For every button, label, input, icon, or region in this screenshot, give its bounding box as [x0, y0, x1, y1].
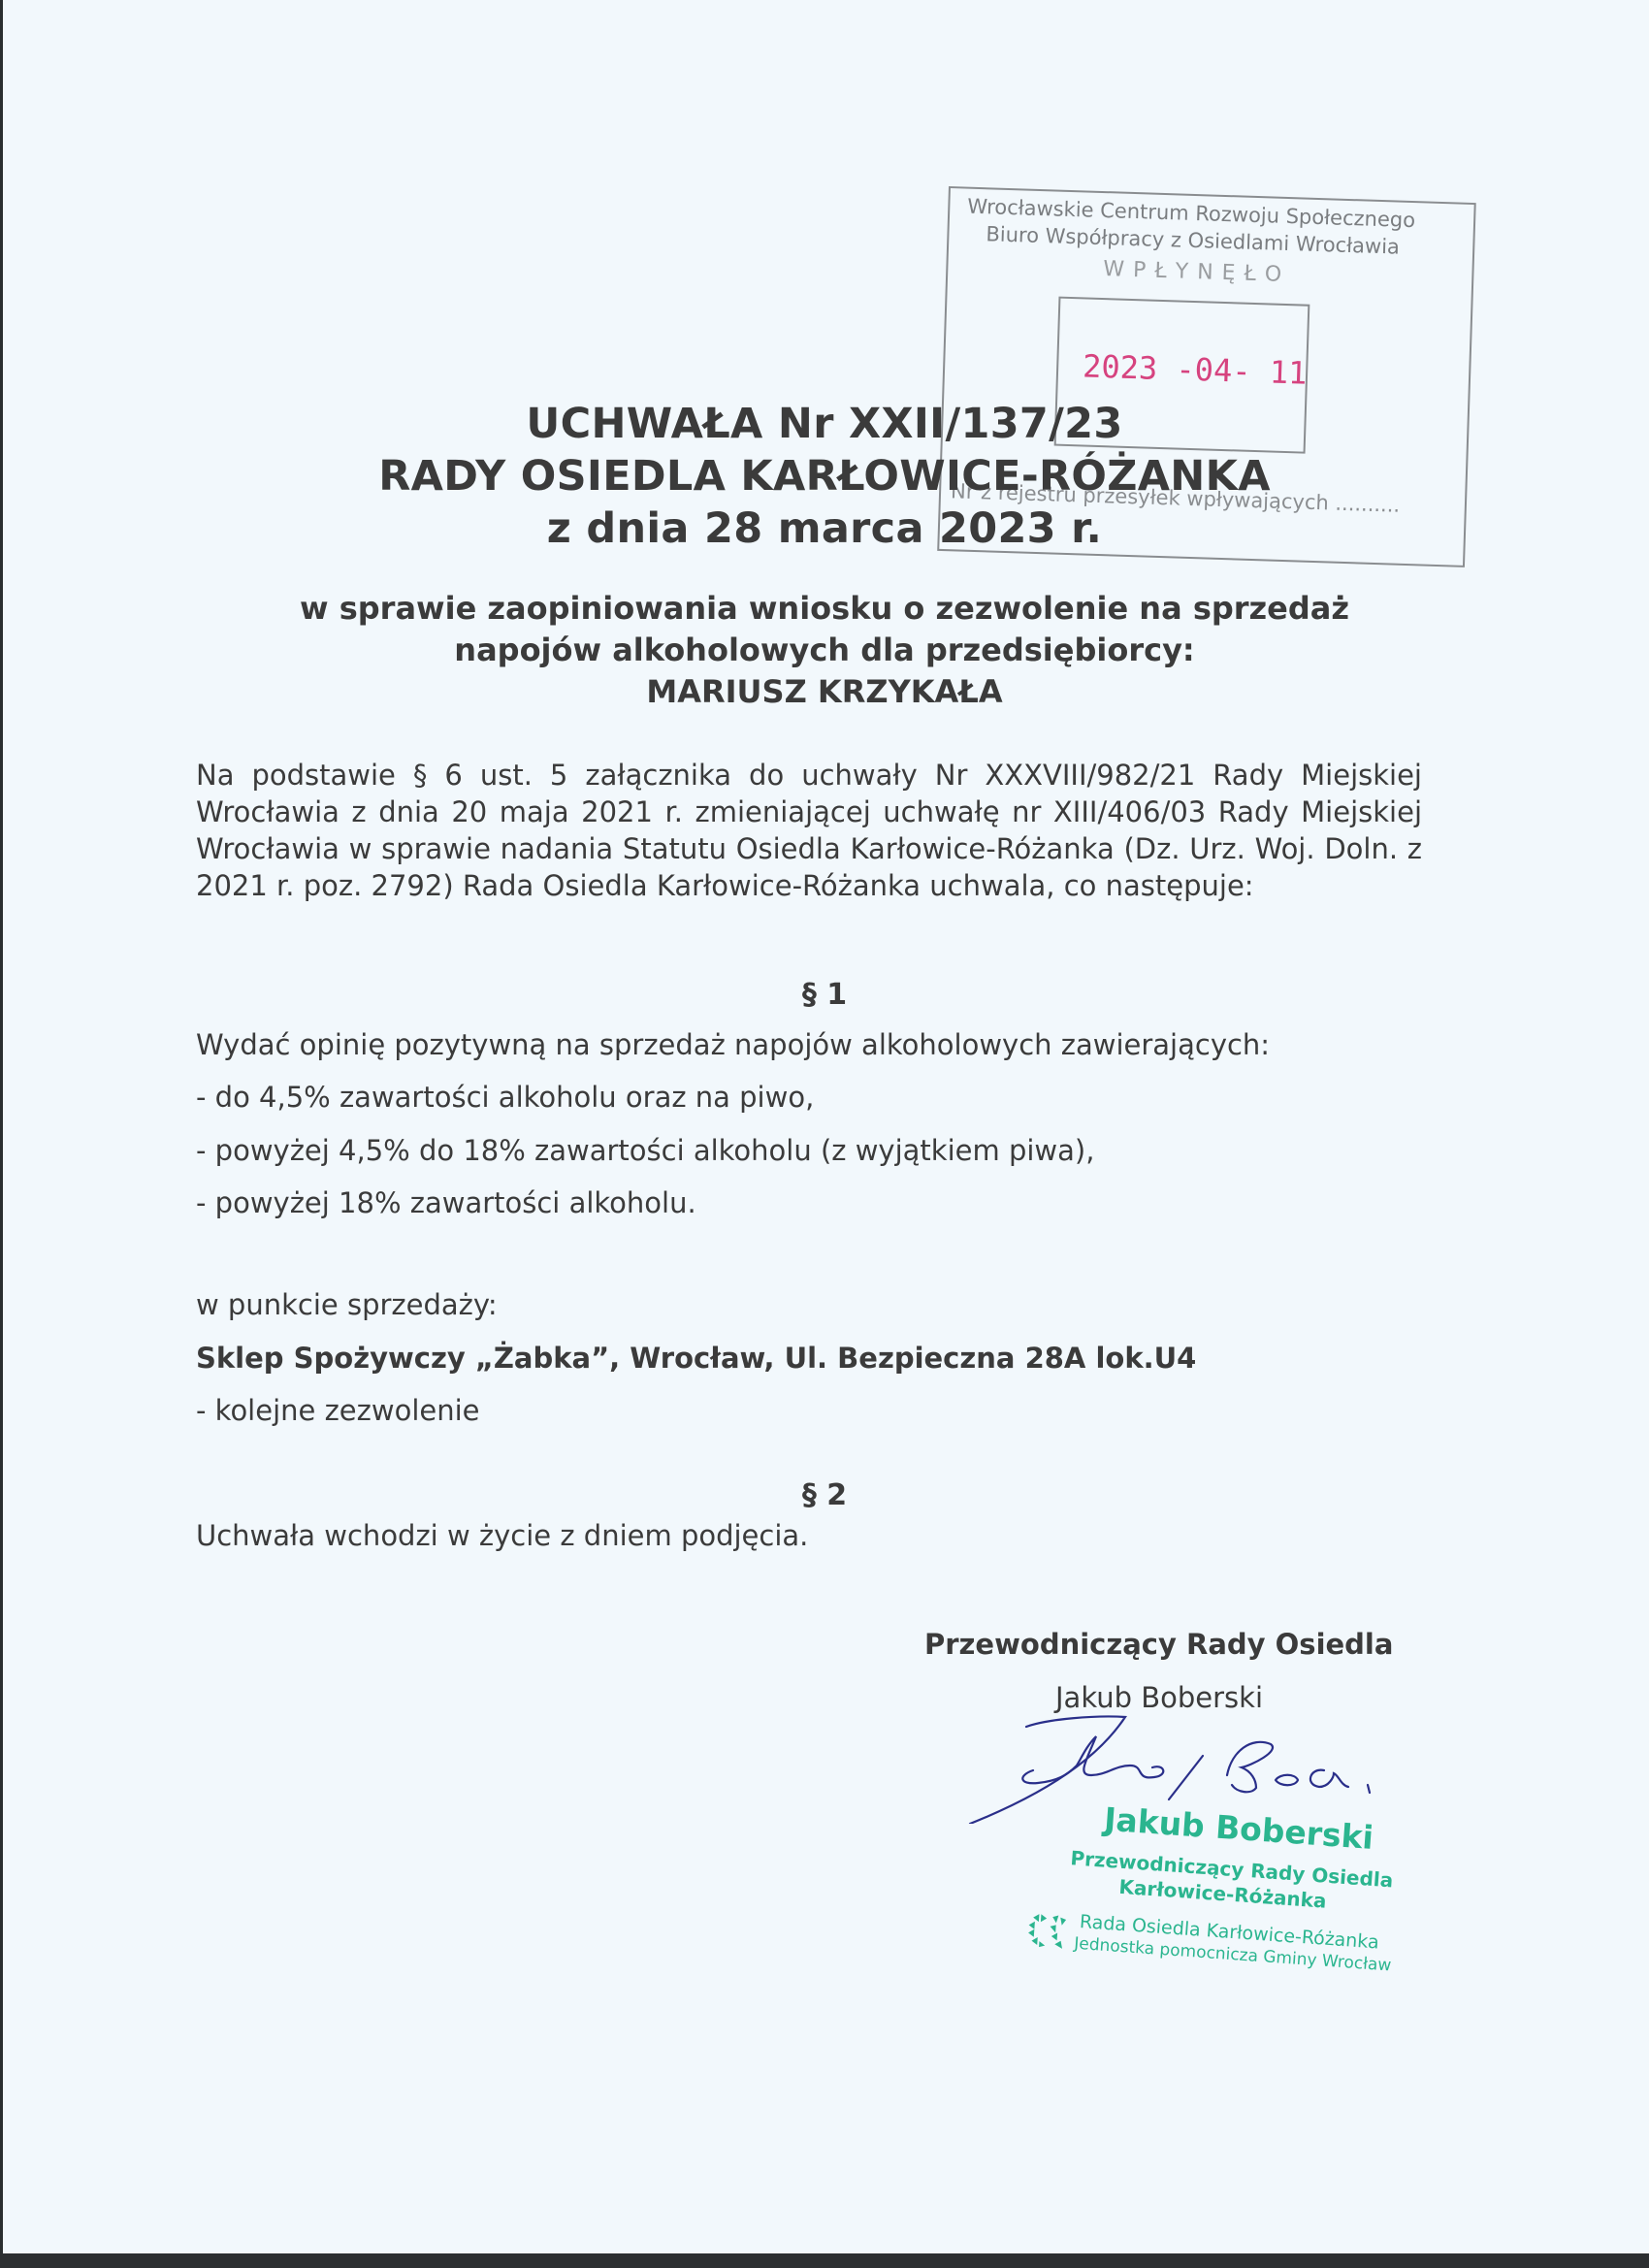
point-of-sale-address: Sklep Spożywczy „Żabka”, Wrocław, Ul. Be…	[196, 1342, 1196, 1375]
document-title: UCHWAŁA Nr XXII/137/23 RADY OSIEDLA KARŁ…	[194, 398, 1455, 555]
permit-type: - kolejne zezwolenie	[196, 1394, 480, 1427]
scan-bottom-band	[0, 2253, 1649, 2268]
resolution-number: UCHWAŁA Nr XXII/137/23	[194, 398, 1455, 450]
alcohol-category-item: - do 4,5% zawartości alkoholu oraz na pi…	[196, 1081, 814, 1114]
alcohol-category-item: - powyżej 18% zawartości alkoholu.	[196, 1186, 696, 1219]
official-stamp: Jakub Boberski Przewodniczący Rady Osied…	[1014, 1795, 1473, 2029]
alcohol-category-item: - powyżej 4,5% do 18% zawartości alkohol…	[196, 1134, 1094, 1167]
section-1-heading: § 1	[194, 978, 1455, 1012]
resolution-subject: w sprawie zaopiniowania wniosku o zezwol…	[194, 588, 1455, 713]
issuing-body: RADY OSIEDLA KARŁOWICE-RÓŻANKA	[194, 450, 1455, 502]
legal-basis-paragraph: Na podstawie § 6 ust. 5 załącznika do uc…	[196, 757, 1422, 904]
signatory-title: Przewodniczący Rady Osiedla	[924, 1628, 1393, 1661]
subject-line-1: w sprawie zaopiniowania wniosku o zezwol…	[194, 588, 1455, 630]
subject-line-2: napojów alkoholowych dla przedsiębiorcy:	[194, 630, 1455, 671]
received-date: 2023 -04- 11	[1083, 347, 1308, 391]
point-of-sale-label: w punkcie sprzedaży:	[196, 1288, 498, 1321]
section-2-text: Uchwała wchodzi w życie z dniem podjęcia…	[196, 1519, 808, 1552]
section-2-heading: § 2	[194, 1478, 1455, 1512]
received-stamp-label: WPŁYNĘŁO	[1103, 257, 1291, 287]
section-1-intro: Wydać opinię pozytywną na sprzedaż napoj…	[196, 1028, 1270, 1061]
resolution-date: z dnia 28 marca 2023 r.	[194, 502, 1455, 555]
entrepreneur-name: MARIUSZ KRZYKAŁA	[194, 671, 1455, 713]
council-logo-icon	[1025, 1911, 1071, 1953]
scan-left-edge	[0, 0, 3, 2253]
